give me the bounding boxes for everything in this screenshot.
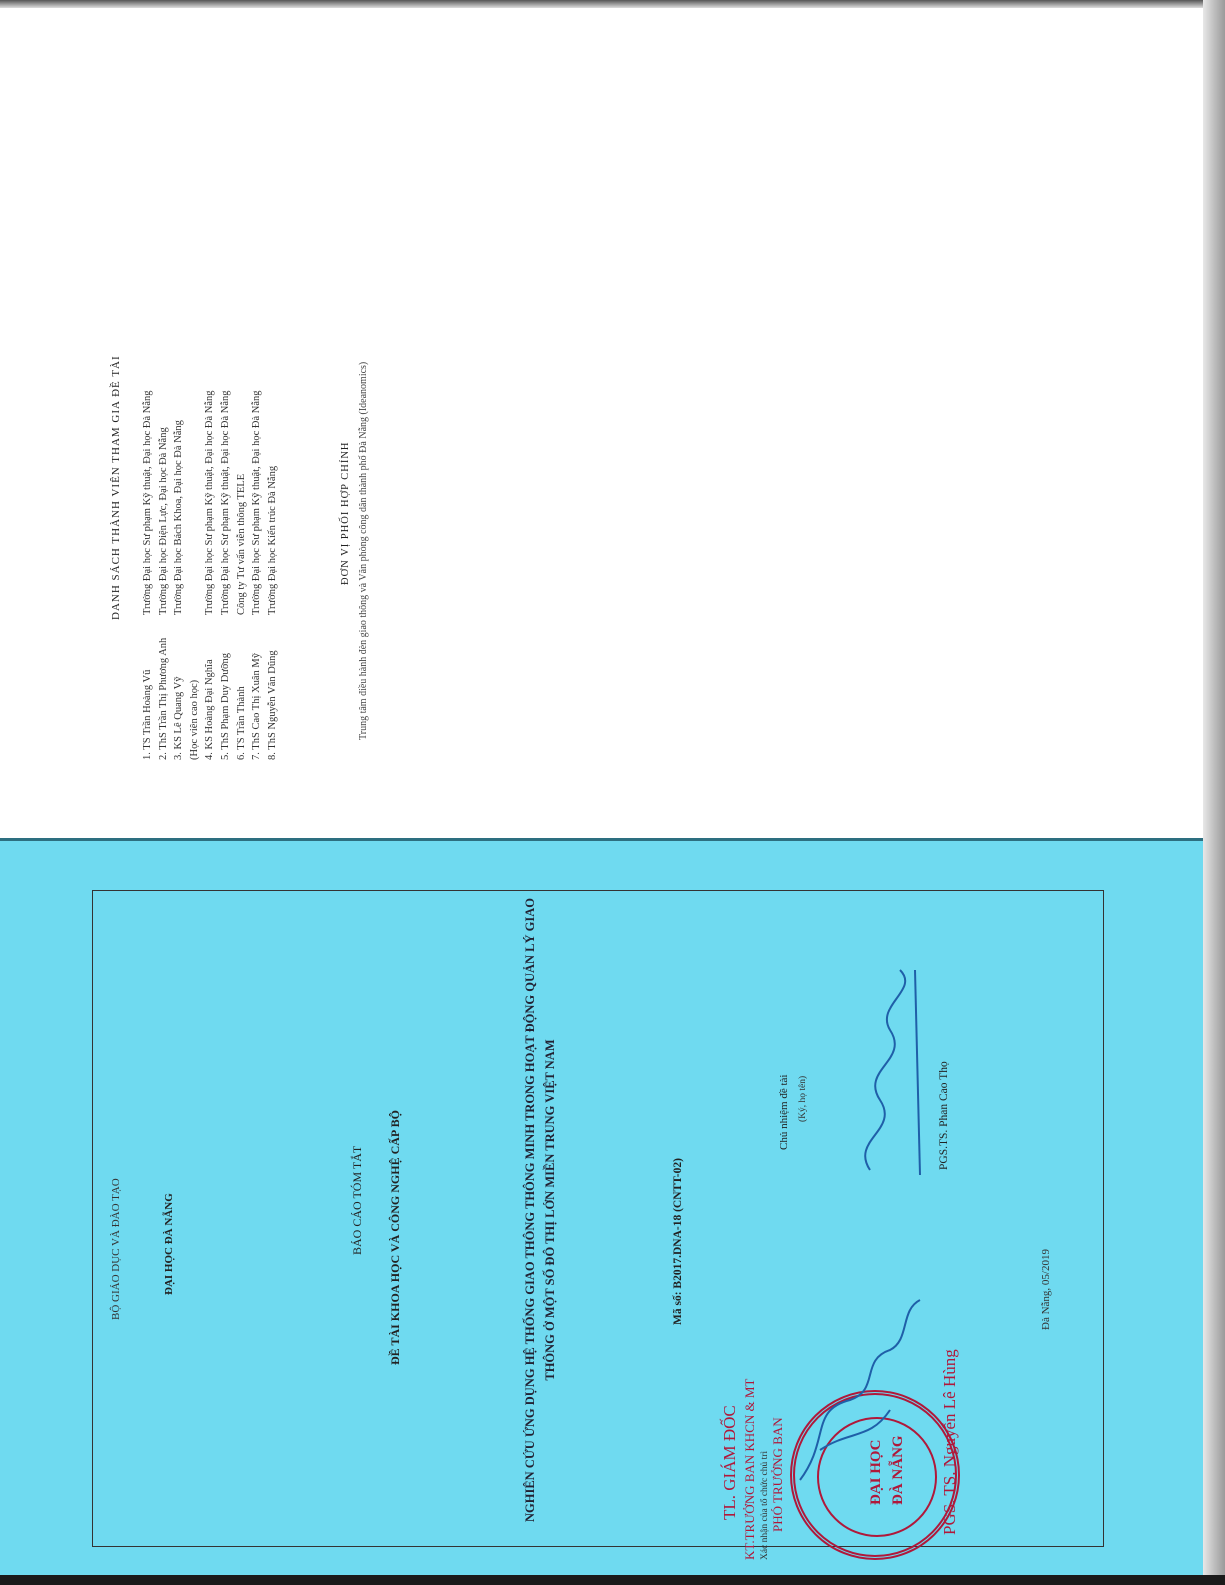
member-name: 6. TS Trần Thành	[234, 615, 250, 760]
university-name: ĐẠI HỌC ĐÀ NẴNG	[163, 1193, 175, 1295]
member-name: 1. TS Trần Hoàng Vũ	[140, 615, 156, 760]
report-type: BÁO CÁO TÓM TẮT	[350, 1146, 365, 1255]
list-item: 3. KS Lê Quang VỹTrường Đại học Bách Kho…	[171, 180, 187, 760]
lead-name: PGS.TS. Phan Cao Thọ	[938, 1061, 950, 1170]
member-name: 4. KS Hoàng Đại Nghĩa	[202, 615, 218, 760]
member-affiliation	[187, 180, 203, 615]
scan-top-edge	[0, 0, 1225, 8]
member-name: (Học viên cao học)	[187, 615, 203, 760]
member-affiliation: Trường Đại học Sư phạm Kỹ thuật, Đại học…	[218, 180, 234, 615]
project-code: Mã số: B2017.DNA-18 (CNTT-02)	[672, 1158, 684, 1325]
member-name: 2. ThS Trần Thị Phương Anh	[156, 615, 172, 760]
lead-note: (Ký, họ tên)	[798, 1076, 808, 1122]
member-name: 3. KS Lê Quang Vỹ	[171, 615, 187, 760]
list-item: 4. KS Hoàng Đại NghĩaTrường Đại học Sư p…	[202, 180, 218, 760]
member-affiliation: Công ty Tư vấn viễn thông TELE	[234, 180, 250, 615]
list-item: 7. ThS Cao Thị Xuân MỹTrường Đại học Sư …	[249, 180, 265, 760]
project-topic: NGHIÊN CỨU ỨNG DỤNG HỆ THỐNG GIAO THÔNG …	[520, 890, 560, 1530]
approval-confirm-note: Xác nhận của tổ chức chủ trì	[760, 1451, 770, 1560]
approval-signer: PGS. TS. Nguyễn Lê Hùng	[940, 1349, 960, 1535]
signature-lead	[830, 960, 940, 1180]
member-name: 8. ThS Nguyễn Văn Dũng	[265, 615, 281, 760]
member-affiliation: Trường Đại học Sư phạm Kỹ thuật, Đại học…	[140, 180, 156, 615]
lead-label: Chủ nhiệm đề tài	[778, 1075, 790, 1150]
list-item: 6. TS Trần ThànhCông ty Tư vấn viễn thôn…	[234, 180, 250, 760]
approval-deputy: PHÓ TRƯỞNG BAN	[770, 1417, 786, 1532]
signature-approval	[790, 1290, 930, 1490]
list-item: (Học viên cao học)	[187, 180, 203, 760]
member-affiliation: Trường Đại học Kiến trúc Đà Nẵng	[265, 180, 281, 615]
scan-bottom-edge	[0, 1575, 1225, 1585]
members-list: 1. TS Trần Hoàng VũTrường Đại học Sư phạ…	[140, 180, 280, 760]
project-level: ĐỀ TÀI KHOA HỌC VÀ CÔNG NGHỆ CẤP BỘ	[388, 1110, 403, 1365]
member-name: 7. ThS Cao Thị Xuân Mỹ	[249, 615, 265, 760]
list-item: 8. ThS Nguyễn Văn DũngTrường Đại học Kiế…	[265, 180, 281, 760]
approval-tl: TL. GIÁM ĐỐC	[720, 1405, 740, 1520]
place-date: Đà Nẵng, 05/2019	[1040, 1249, 1052, 1330]
member-affiliation: Trường Đại học Sư phạm Kỹ thuật, Đại học…	[249, 180, 265, 615]
list-item: 1. TS Trần Hoàng VũTrường Đại học Sư phạ…	[140, 180, 156, 760]
member-affiliation: Trường Đại học Bách Khoa, Đại học Đà Nẵn…	[171, 180, 187, 615]
scan-right-edge	[1203, 0, 1225, 1585]
ministry-name: BỘ GIÁO DỤC VÀ ĐÀO TẠO	[110, 1178, 122, 1320]
list-item: 2. ThS Trần Thị Phương AnhTrường Đại học…	[156, 180, 172, 760]
list-item: 5. ThS Phạm Duy DưỡngTrường Đại học Sư p…	[218, 180, 234, 760]
partner-text: Trung tâm điều hành đèn giao thông và Vă…	[358, 362, 369, 740]
member-name: 5. ThS Phạm Duy Dưỡng	[218, 615, 234, 760]
partner-title: ĐƠN VỊ PHỐI HỢP CHÍNH	[340, 441, 351, 585]
member-affiliation: Trường Đại học Sư phạm Kỹ thuật, Đại học…	[202, 180, 218, 615]
approval-kt: KT.TRƯỞNG BAN KHCN & MT	[742, 1379, 758, 1560]
member-affiliation: Trường Đại học Điện Lực, Đại học Đà Nẵng	[156, 180, 172, 615]
members-title: DANH SÁCH THÀNH VIÊN THAM GIA ĐỀ TÀI	[110, 355, 122, 620]
